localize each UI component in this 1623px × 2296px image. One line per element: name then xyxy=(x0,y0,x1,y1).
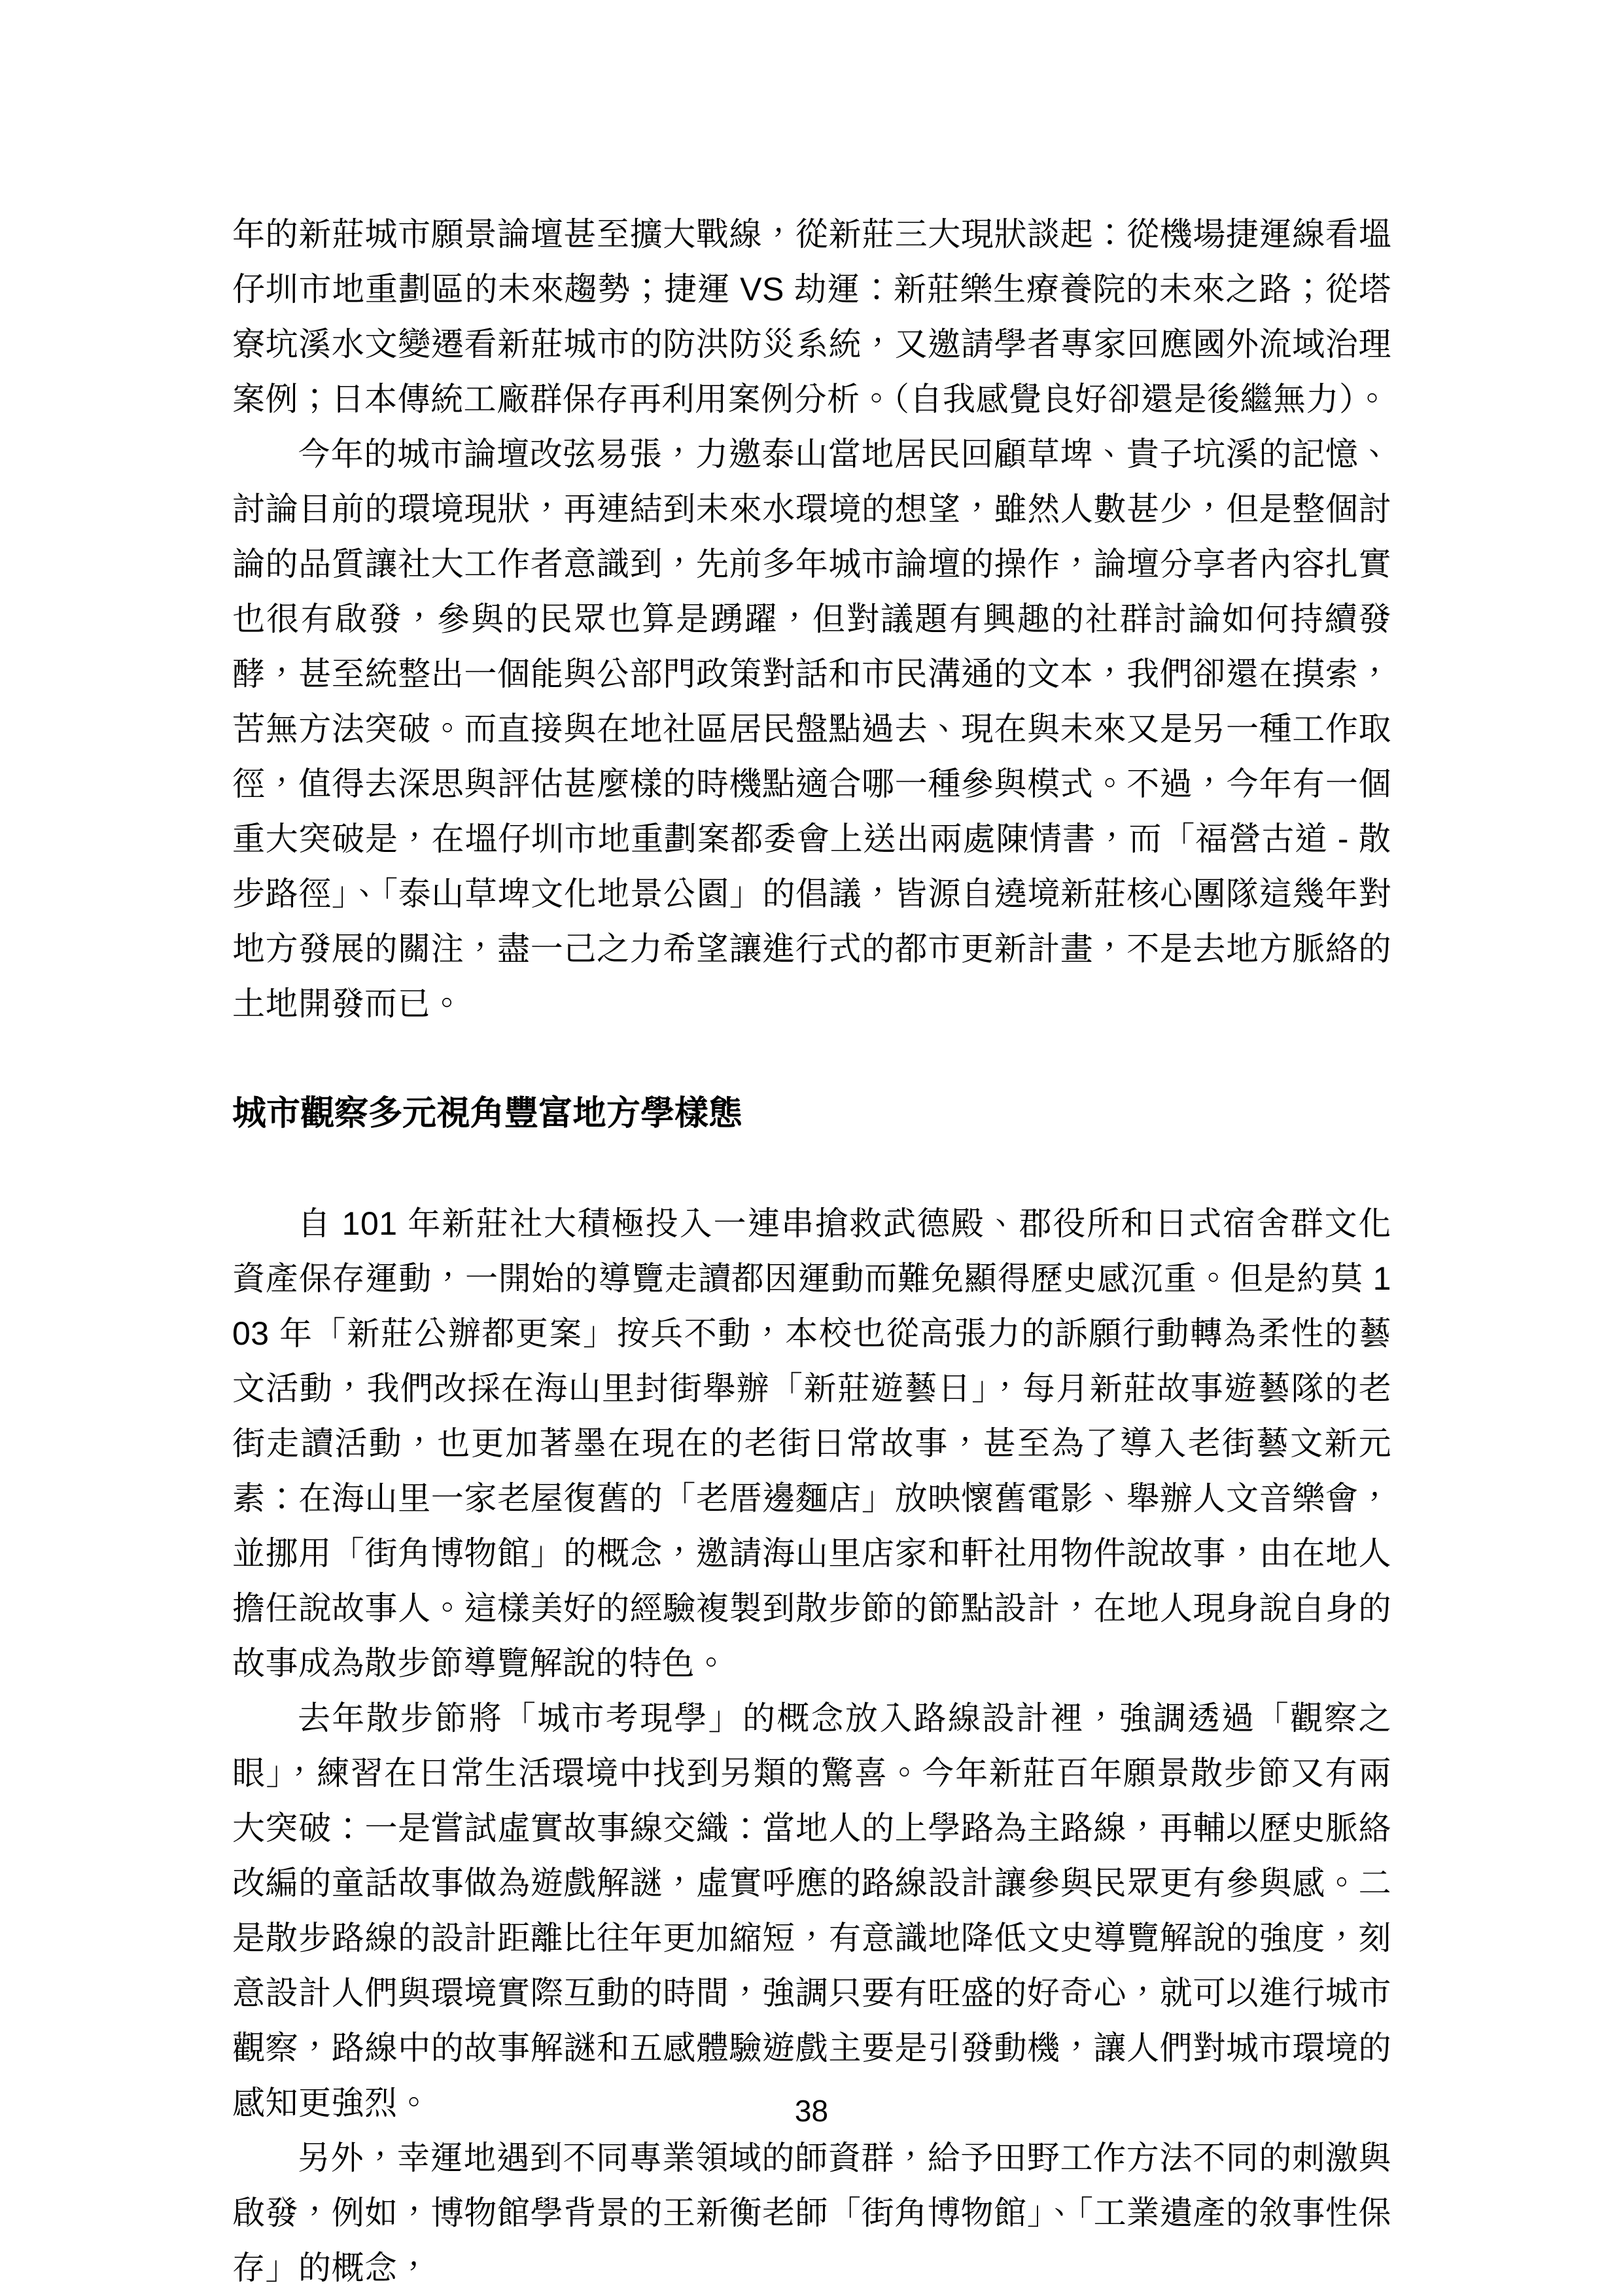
document-body: 年的新莊城市願景論壇甚至擴大戰線，從新莊三大現狀談起：從機場捷運線看塭仔圳市地重… xyxy=(232,207,1391,2295)
body-paragraph-continuation: 年的新莊城市願景論壇甚至擴大戰線，從新莊三大現狀談起：從機場捷運線看塭仔圳市地重… xyxy=(232,207,1391,427)
body-paragraph-walk-festival: 去年散步節將「城市考現學」的概念放入路線設計裡，強調透過「觀察之眼」，練習在日常… xyxy=(232,1691,1391,2130)
body-paragraph-heritage: 自 101 年新莊社大積極投入一連串搶救武德殿、郡役所和日式宿舍群文化資產保存運… xyxy=(232,1196,1391,1691)
document-page: 年的新莊城市願景論壇甚至擴大戰線，從新莊三大現狀談起：從機場捷運線看塭仔圳市地重… xyxy=(0,0,1623,2296)
section-heading: 城市觀察多元視角豐富地方學樣態 xyxy=(232,1086,1391,1141)
page-number: 38 xyxy=(0,2091,1623,2130)
body-paragraph-city-forum: 今年的城市論壇改弦易張，力邀泰山當地居民回顧草埤、貴子坑溪的記憶、討論目前的環境… xyxy=(232,427,1391,1031)
body-paragraph-teachers: 另外，幸運地遇到不同專業領域的師資群，給予田野工作方法不同的刺激與啟發，例如，博… xyxy=(232,2130,1391,2295)
